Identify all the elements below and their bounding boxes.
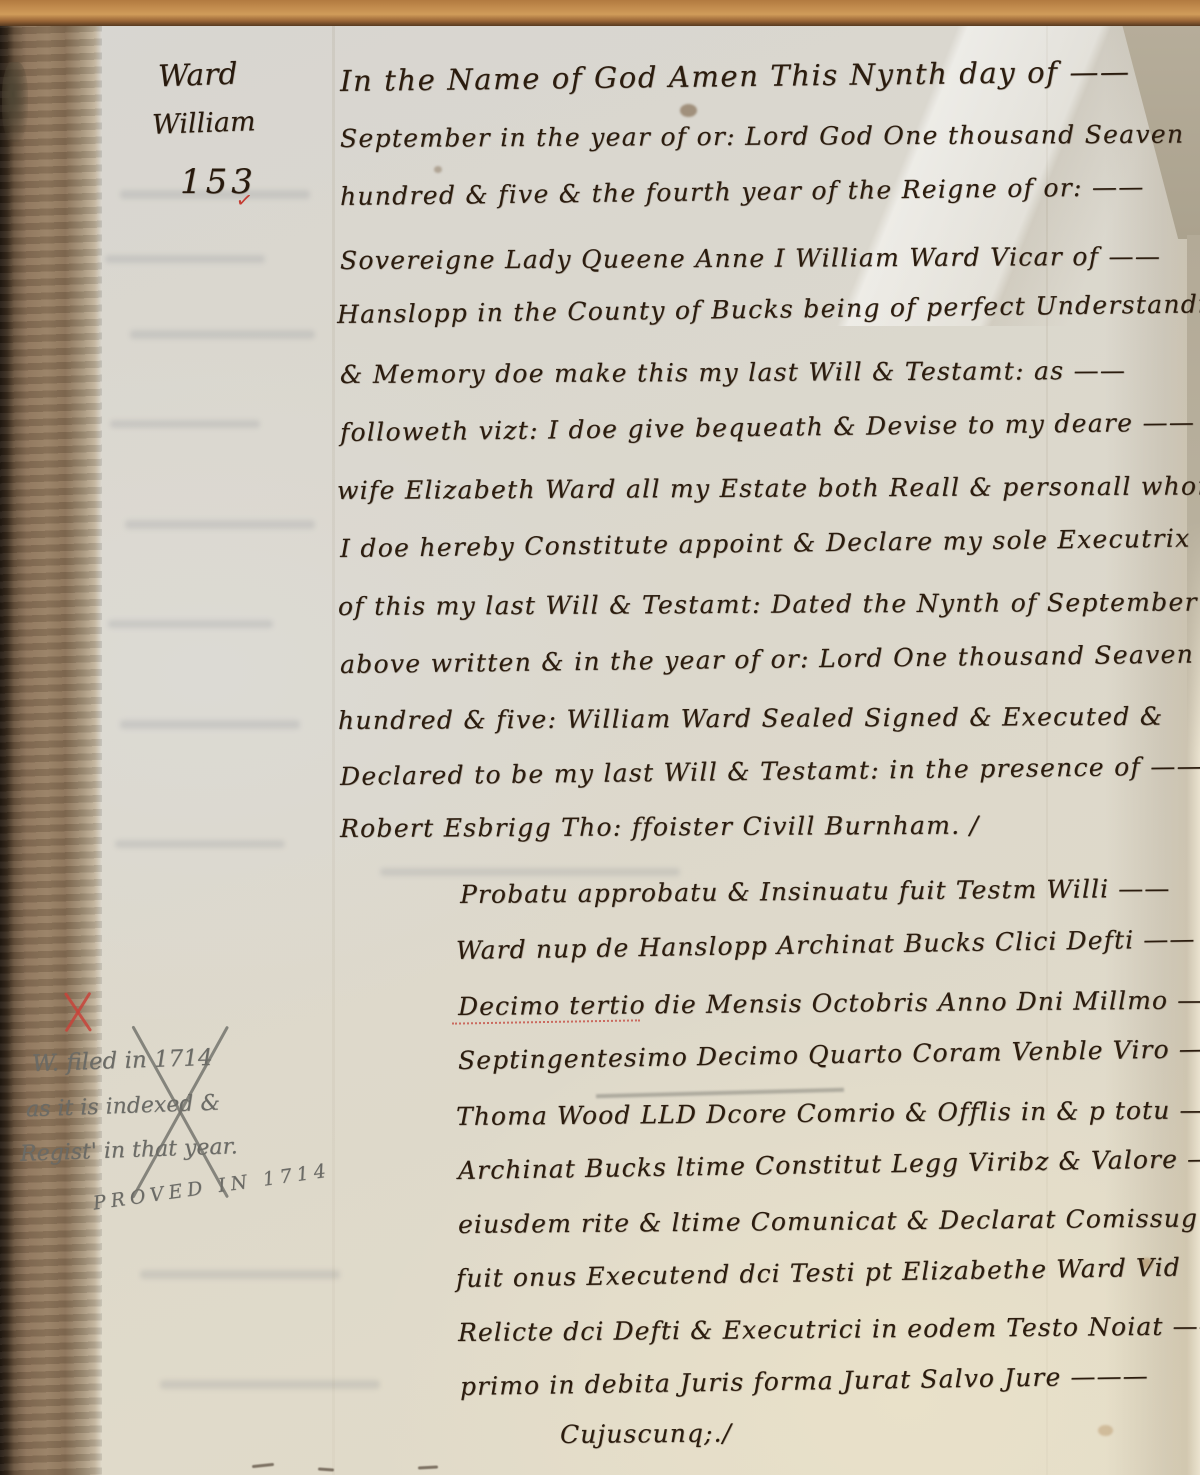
will-text-line: wife Elizabeth Ward all my Estate both R… <box>337 471 1200 505</box>
will-text-line: Sovereigne Lady Queene Anne I William Wa… <box>340 242 1161 275</box>
ink-bleedthrough <box>130 330 315 339</box>
will-text-line: Robert Esbrigg Tho: ffoister Civill Burn… <box>340 811 980 843</box>
will-text-line: of this my last Will & Testamt: Dated th… <box>338 587 1198 621</box>
ink-stain <box>680 104 697 117</box>
testator-surname: Ward <box>157 57 238 95</box>
will-text-line: September in the year of or: Lord God On… <box>340 120 1184 153</box>
binding-clasp <box>2 62 28 142</box>
ink-bleedthrough <box>108 620 273 628</box>
red-check-icon: ✓ <box>234 187 254 213</box>
ink-bleedthrough <box>160 1380 380 1389</box>
ink-bleedthrough <box>115 840 285 848</box>
will-text-line: hundred & five: William Ward Sealed Sign… <box>338 702 1164 735</box>
will-text-line: & Memory doe make this my last Will & Te… <box>340 356 1126 389</box>
manuscript-photo: Ward William 153 ✓ In the Name of God Am… <box>0 0 1200 1475</box>
ink-bleedthrough <box>140 1270 340 1279</box>
ink-bleedthrough <box>110 420 260 428</box>
ink-bleedthrough <box>380 868 680 876</box>
book-binding-gutter <box>0 0 102 1475</box>
probate-text-line: Probatu approbatu & Insinuatu fuit Testm… <box>460 874 1171 909</box>
desk-wood-edge <box>0 0 1200 26</box>
ink-bleedthrough <box>120 720 300 729</box>
ink-stain <box>434 166 442 173</box>
probate-text-line: Cujuscunq;./ <box>560 1418 732 1449</box>
ink-bleedthrough <box>105 255 265 263</box>
testator-forename: William <box>151 106 256 141</box>
pencil-x-icon <box>125 1022 235 1202</box>
red-x-icon <box>58 990 98 1034</box>
page-crease <box>332 26 335 1475</box>
ink-bleedthrough <box>125 520 315 529</box>
